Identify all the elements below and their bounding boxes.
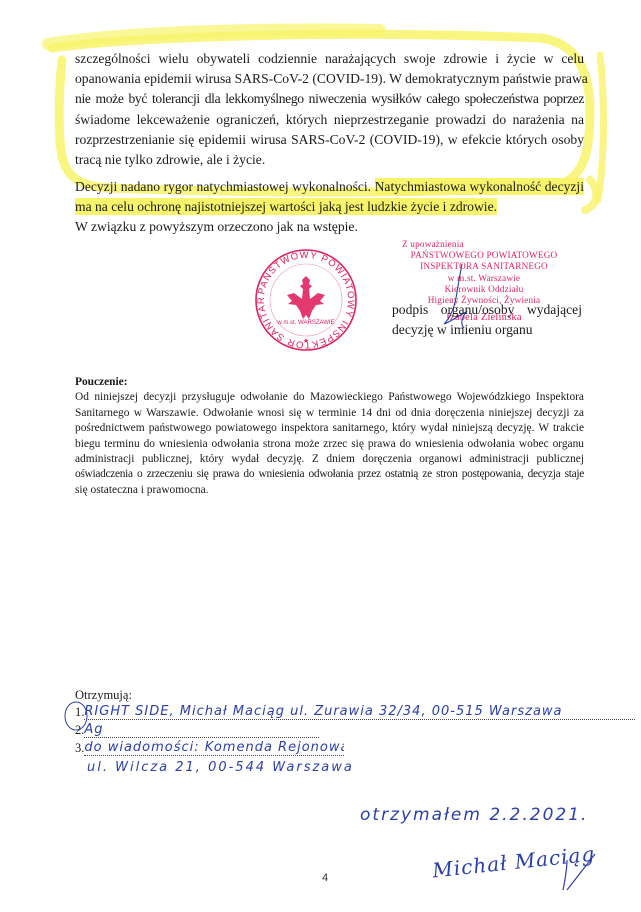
highlighted-text: ma na celu ochronę najistotniejszej wart… bbox=[75, 198, 497, 215]
receipt-note: otrzymałem 2.2.2021. bbox=[360, 805, 588, 825]
decision-line-2: ma na celu ochronę najistotniejszej wart… bbox=[75, 197, 584, 217]
paragraph-line: szczególności wielu obywateli codziennie… bbox=[75, 49, 584, 69]
official-round-stamp: PAŃSTWOWY POWIATOWY INSPEKTOR SANITARNY … bbox=[250, 248, 362, 352]
paragraph-line: tracą nie tylko zdrowie, ale i życie. bbox=[75, 150, 584, 170]
instruction-line: Sanitarnego w Warszawie. Odwołanie wnosi… bbox=[75, 406, 584, 421]
stamp-line: INSPEKTORA SANITARNEGO bbox=[400, 261, 568, 272]
signature-caption: podpis organu/osoby wydającej decyzję w … bbox=[392, 300, 582, 340]
decision-line-1: Decyzji nadano rygor natychmiastowej wyk… bbox=[75, 177, 584, 197]
instruction-line: Od niniejszej decyzji przysługuje odwoła… bbox=[75, 390, 584, 405]
recipient-continuation: ul. Wilcza 21, 00-544 Warszawa bbox=[75, 760, 635, 775]
eagle-emblem-icon bbox=[287, 276, 325, 319]
stamp-line: PAŃSTWOWEGO POWIATOWEGO bbox=[400, 250, 568, 261]
recipient-handwritten: do wiadomości: Komenda Rejonowa Policji … bbox=[84, 740, 344, 756]
instruction-title: Pouczenie: bbox=[75, 375, 584, 390]
recipients-title: Otrzymują: bbox=[75, 688, 635, 702]
recipient-item: 1. RIGHT SIDE, Michał Maciąg ul. Żurawia… bbox=[75, 702, 635, 720]
recipient-item: 3. do wiadomości: Komenda Rejonowa Polic… bbox=[75, 738, 635, 756]
stamp-line: Z upoważnienia bbox=[400, 239, 568, 250]
caption-line-2: decyzję w imieniu organu bbox=[392, 320, 582, 340]
paragraph-line: nie może być tolerancji dla lekkomyślneg… bbox=[75, 89, 584, 109]
decision-text: Decyzji nadano rygor natychmiastowej wyk… bbox=[75, 179, 375, 194]
instruction-line: administracji publicznej, który wydał de… bbox=[75, 452, 584, 467]
recipient-number: 3. bbox=[75, 741, 84, 756]
stamp-line: Kierownik Oddziału bbox=[400, 284, 568, 295]
stamp-star-icon: ★ bbox=[303, 337, 309, 345]
recipient-handwritten: Ag bbox=[84, 722, 319, 738]
paragraph-line: świadome lekceważenie ograniczeń, któryc… bbox=[75, 110, 584, 130]
circle-mark bbox=[62, 700, 92, 734]
paragraph-line: opanowania epidemii wirusa SARS-CoV-2 (C… bbox=[75, 69, 584, 89]
caption-word: podpis bbox=[392, 302, 428, 317]
instruction-line: pośrednictwem państwowego powiatowego in… bbox=[75, 421, 584, 436]
page-number: 4 bbox=[322, 872, 328, 884]
recipient-handwritten: RIGHT SIDE, Michał Maciąg ul. Żurawia 32… bbox=[84, 704, 635, 720]
caption-word: wydającej bbox=[527, 302, 582, 317]
highlighted-text: Natychmiastowa wykonalność decyzji bbox=[375, 178, 584, 195]
decision-line-3: W związku z powyższym orzeczono jak na w… bbox=[75, 217, 584, 237]
paragraph-line: rozprzestrzenianie się epidemii wirusa S… bbox=[75, 130, 584, 150]
caption-line-1: podpis organu/osoby wydającej bbox=[392, 300, 582, 320]
instruction-line: oświadczenia o zrzeczeniu się prawa do w… bbox=[75, 467, 584, 482]
caption-word: organu/osoby bbox=[441, 302, 515, 317]
body-paragraph: szczególności wielu obywateli codziennie… bbox=[75, 49, 584, 170]
instruction-line: się ostateczna i prawomocna. bbox=[75, 483, 584, 498]
recipients-section: Otrzymują: 1. RIGHT SIDE, Michał Maciąg … bbox=[75, 688, 635, 775]
recipient-item: 2. Ag bbox=[75, 720, 635, 738]
decision-paragraph: Decyzji nadano rygor natychmiastowej wyk… bbox=[75, 177, 584, 238]
stamp-line: w m.st. Warszawie bbox=[400, 273, 568, 284]
stamp-inner-text: w m.st. WARSZAWIE bbox=[276, 320, 334, 326]
instruction-section: Pouczenie: Od niniejszej decyzji przysłu… bbox=[75, 375, 584, 498]
instruction-line: biegu terminu do wniesienia odwołania st… bbox=[75, 437, 584, 452]
signature-check-stroke bbox=[555, 840, 605, 900]
